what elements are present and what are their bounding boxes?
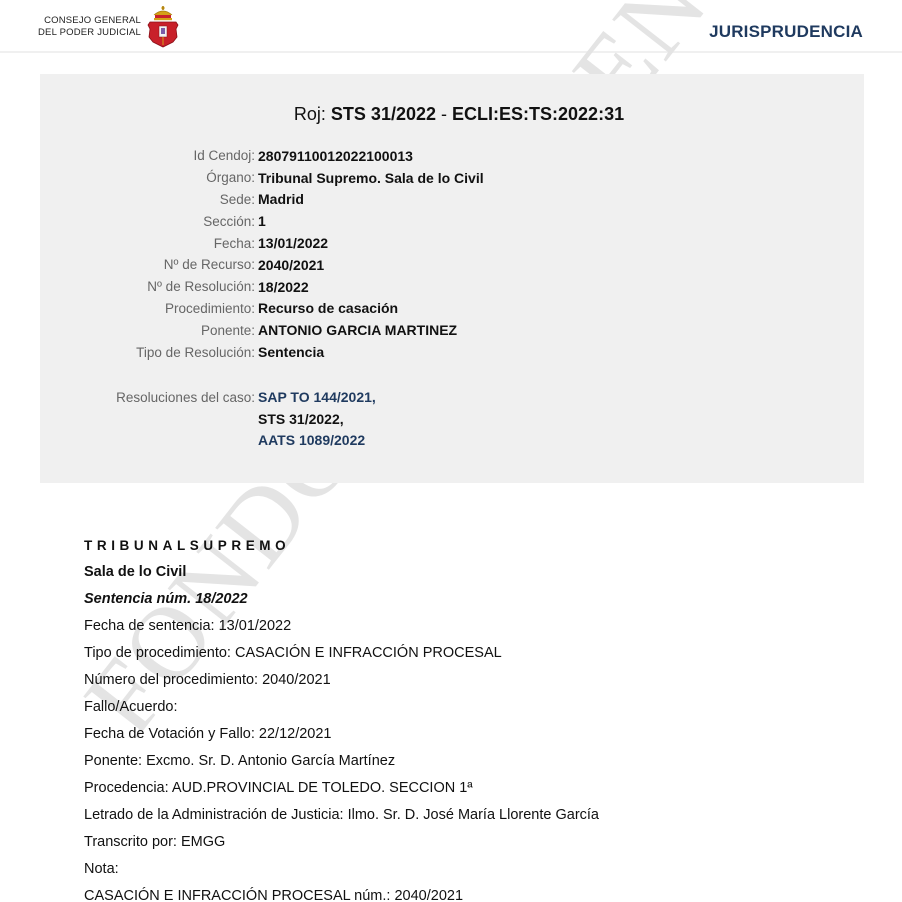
meta-label: Nº de Resolución: (40, 279, 258, 294)
meta-row-seccion: Sección: 1 (40, 210, 864, 232)
meta-value: Madrid (258, 191, 304, 207)
ecli-value: ECLI:ES:TS:2022:31 (452, 104, 624, 124)
meta-label: Sección: (40, 214, 258, 229)
meta-value: 28079110012022100013 (258, 148, 413, 164)
roj-heading: Roj: STS 31/2022 - ECLI:ES:TS:2022:31 (40, 104, 864, 125)
cgpj-logo-link[interactable]: CONSEJO GENERAL DEL PODER JUDICIAL (38, 5, 180, 49)
meta-value: 18/2022 (258, 279, 309, 295)
court-name: TRIBUNALSUPREMO (84, 532, 864, 559)
meta-value: 1 (258, 213, 266, 229)
roj-value: STS 31/2022 (331, 104, 436, 124)
meta-label: Fecha: (40, 236, 258, 251)
meta-row-resolucion: Nº de Resolución: 18/2022 (40, 276, 864, 298)
meta-label: Id Cendoj: (40, 148, 258, 163)
meta-row-fecha: Fecha: 13/01/2022 (40, 232, 864, 254)
meta-row-id-cendoj: Id Cendoj: 28079110012022100013 (40, 145, 864, 167)
meta-row-tipo-resolucion: Tipo de Resolución: Sentencia (40, 341, 864, 363)
meta-value: Recurso de casación (258, 300, 398, 316)
resolution-link-sap-to[interactable]: SAP TO 144/2021, (258, 387, 376, 409)
meta-row-sede: Sede: Madrid (40, 189, 864, 211)
doc-line-fallo-acuerdo: Fallo/Acuerdo: (84, 694, 864, 721)
logo-text: CONSEJO GENERAL DEL PODER JUDICIAL (38, 15, 141, 39)
meta-value: Tribunal Supremo. Sala de lo Civil (258, 170, 484, 186)
meta-value: 2040/2021 (258, 257, 324, 273)
meta-label: Tipo de Resolución: (40, 345, 258, 360)
section-title: JURISPRUDENCIA (709, 22, 863, 42)
roj-label: Roj: (294, 104, 326, 124)
meta-label: Procedimiento: (40, 301, 258, 316)
doc-line-nota: Nota: (84, 856, 864, 883)
chamber-name: Sala de lo Civil (84, 559, 864, 586)
doc-line-ponente: Ponente: Excmo. Sr. D. Antonio García Ma… (84, 748, 864, 775)
meta-row-procedimiento: Procedimiento: Recurso de casación (40, 298, 864, 320)
judgment-number: Sentencia núm. 18/2022 (84, 586, 864, 613)
doc-line-fecha-votacion: Fecha de Votación y Fallo: 22/12/2021 (84, 721, 864, 748)
resolution-summary-panel: Roj: STS 31/2022 - ECLI:ES:TS:2022:31 Id… (40, 74, 864, 483)
metadata-list: Id Cendoj: 28079110012022100013 Órgano: … (40, 145, 864, 363)
doc-line-transcrito: Transcrito por: EMGG (84, 829, 864, 856)
meta-row-recurso: Nº de Recurso: 2040/2021 (40, 254, 864, 276)
roj-separator: - (441, 104, 447, 124)
doc-line-procedencia: Procedencia: AUD.PROVINCIAL DE TOLEDO. S… (84, 775, 864, 802)
site-header: CONSEJO GENERAL DEL PODER JUDICIAL JURIS… (0, 0, 902, 53)
meta-value: 13/01/2022 (258, 235, 328, 251)
meta-label: Sede: (40, 192, 258, 207)
doc-line-fecha-sentencia: Fecha de sentencia: 13/01/2022 (84, 613, 864, 640)
judgment-document: TRIBUNALSUPREMO Sala de lo Civil Sentenc… (84, 532, 864, 902)
meta-value: ANTONIO GARCIA MARTINEZ (258, 322, 457, 338)
meta-value: Sentencia (258, 344, 324, 360)
case-resolutions-label: Resoluciones del caso: (40, 387, 258, 452)
resolution-current: STS 31/2022, (258, 409, 376, 431)
coat-of-arms-icon (146, 5, 180, 49)
doc-line-numero-procedimiento: Número del procedimiento: 2040/2021 (84, 667, 864, 694)
case-resolutions: Resoluciones del caso: SAP TO 144/2021, … (40, 387, 864, 452)
meta-row-organo: Órgano: Tribunal Supremo. Sala de lo Civ… (40, 167, 864, 189)
doc-line-tipo-procedimiento: Tipo de procedimiento: CASACIÓN E INFRAC… (84, 640, 864, 667)
logo-line-1: CONSEJO GENERAL (38, 15, 141, 27)
doc-line-letrado: Letrado de la Administración de Justicia… (84, 802, 864, 829)
doc-line-casacion-num: CASACIÓN E INFRACCIÓN PROCESAL núm.: 204… (84, 883, 864, 902)
meta-label: Nº de Recurso: (40, 257, 258, 272)
logo-line-2: DEL PODER JUDICIAL (38, 27, 141, 39)
meta-row-ponente: Ponente: ANTONIO GARCIA MARTINEZ (40, 319, 864, 341)
resolution-link-aats[interactable]: AATS 1089/2022 (258, 430, 376, 452)
meta-label: Ponente: (40, 323, 258, 338)
meta-label: Órgano: (40, 170, 258, 185)
case-resolutions-list: SAP TO 144/2021, STS 31/2022, AATS 1089/… (258, 387, 376, 452)
